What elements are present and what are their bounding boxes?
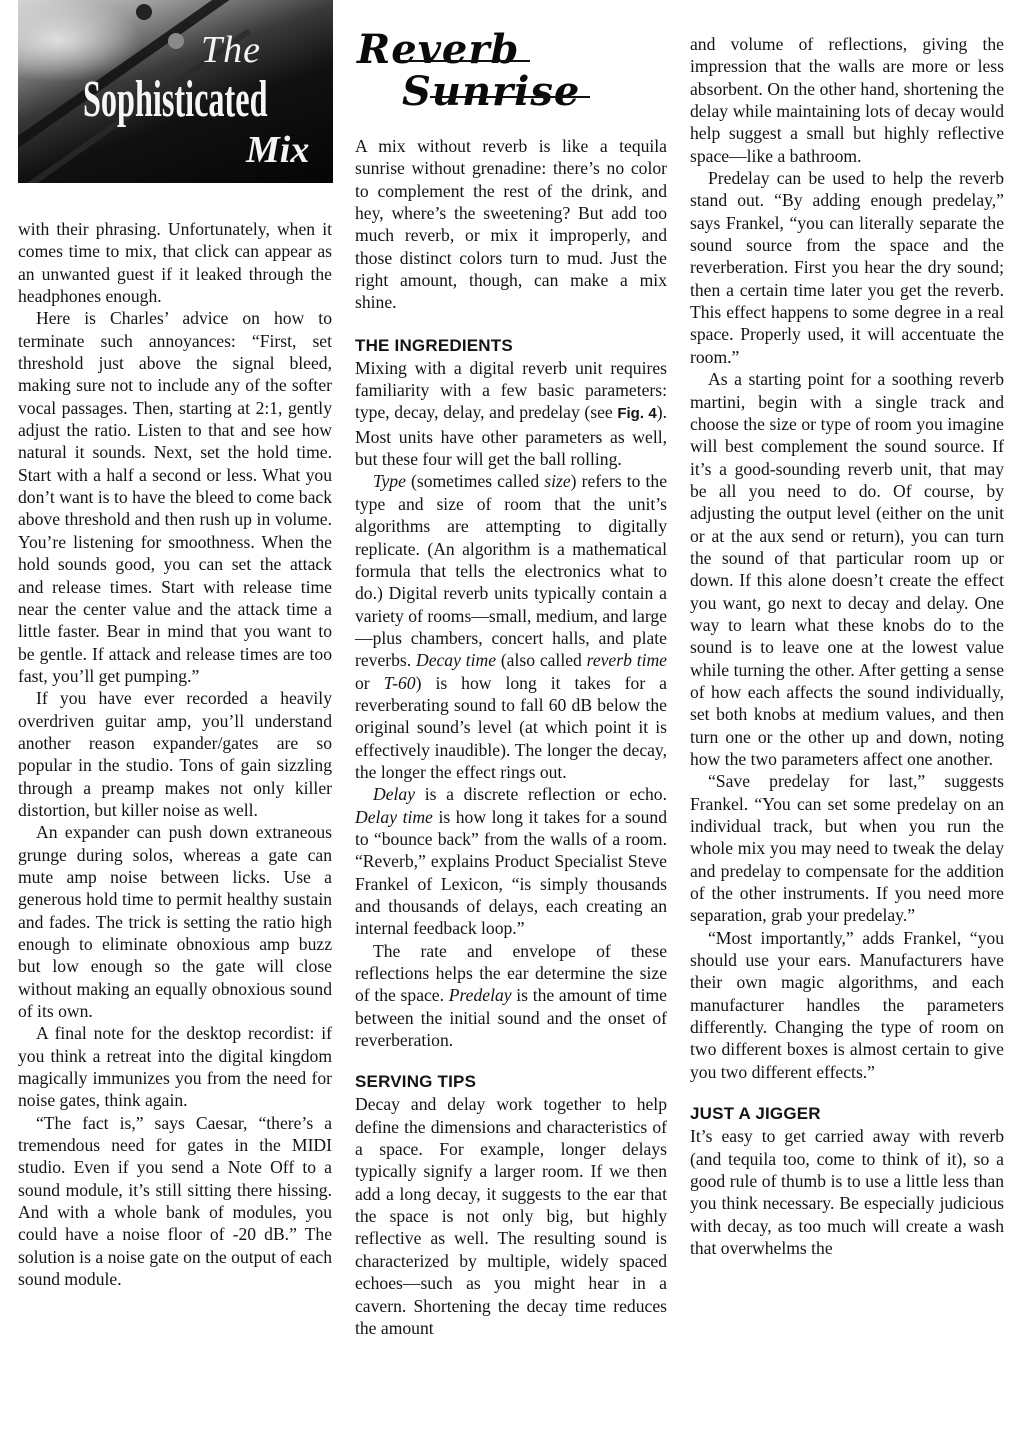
article-column-3: and volume of reflections, giving the im… (690, 33, 1004, 1259)
paragraph: “Save predelay for last,” suggests Frank… (690, 770, 1004, 926)
paragraph: Decay and delay work together to help de… (355, 1093, 667, 1339)
paragraph: Here is Charles’ advice on how to termin… (18, 307, 332, 687)
term-type: Type (373, 471, 406, 491)
term-reverb-time: reverb time (587, 650, 667, 670)
paragraph: with their phrasing. Unfortunately, when… (18, 218, 332, 307)
paragraph: A final note for the desktop recordist: … (18, 1022, 332, 1111)
sidebar-title-line1: Reverb (357, 26, 519, 73)
banner-title-sophisticated: Sophisticated (83, 70, 268, 129)
term-predelay: Predelay (449, 985, 512, 1005)
title-underline (400, 60, 530, 62)
knob-decoration (168, 33, 184, 49)
paragraph: and volume of reflections, giving the im… (690, 33, 1004, 167)
paragraph: The rate and envelope of these reflectio… (355, 940, 667, 1052)
header-banner-image: The Sophisticated Mix (18, 0, 333, 183)
paragraph: Type (sometimes called size) refers to t… (355, 470, 667, 783)
text-run: (sometimes called (406, 471, 544, 491)
paragraph: It’s easy to get carried away with rever… (690, 1125, 1004, 1259)
term-size: size (544, 471, 570, 491)
term-decay-time: Decay time (416, 650, 496, 670)
paragraph: “The fact is,” says Caesar, “there’s a t… (18, 1112, 332, 1291)
section-heading-serving-tips: SERVING TIPS (355, 1071, 667, 1093)
paragraph: If you have ever recorded a heavily over… (18, 687, 332, 821)
figure-reference: Fig. 4 (617, 405, 656, 422)
paragraph: As a starting point for a soothing rever… (690, 368, 1004, 770)
article-column-1: with their phrasing. Unfortunately, when… (18, 218, 332, 1291)
knob-decoration (136, 4, 152, 20)
article-column-2: A mix without reverb is like a tequila s… (355, 135, 667, 1339)
term-delay: Delay (373, 784, 415, 804)
paragraph: Predelay can be used to help the reverb … (690, 167, 1004, 368)
term-t60: T-60 (384, 673, 416, 693)
paragraph: An expander can push down extraneous gru… (18, 821, 332, 1022)
paragraph: Delay is a discrete reflection or echo. … (355, 783, 667, 939)
paragraph: “Most importantly,” adds Frankel, “you s… (690, 927, 1004, 1083)
banner-title-mix: Mix (246, 128, 309, 172)
paragraph: Mixing with a digital reverb unit requir… (355, 357, 667, 471)
section-heading-just-a-jigger: JUST A JIGGER (690, 1103, 1004, 1125)
text-run: or (355, 673, 384, 693)
text-run: ) refers to the type and size of room th… (355, 471, 667, 670)
sidebar-intro-paragraph: A mix without reverb is like a tequila s… (355, 135, 667, 314)
sidebar-title-line2: Sunrise (402, 68, 580, 115)
title-underline (430, 96, 590, 98)
term-delay-time: Delay time (355, 807, 433, 827)
text-run: is a discrete reflection or echo. (415, 784, 667, 804)
banner-title-the: The (201, 28, 261, 72)
section-heading-ingredients: THE INGREDIENTS (355, 335, 667, 357)
text-run: (also called (496, 650, 587, 670)
